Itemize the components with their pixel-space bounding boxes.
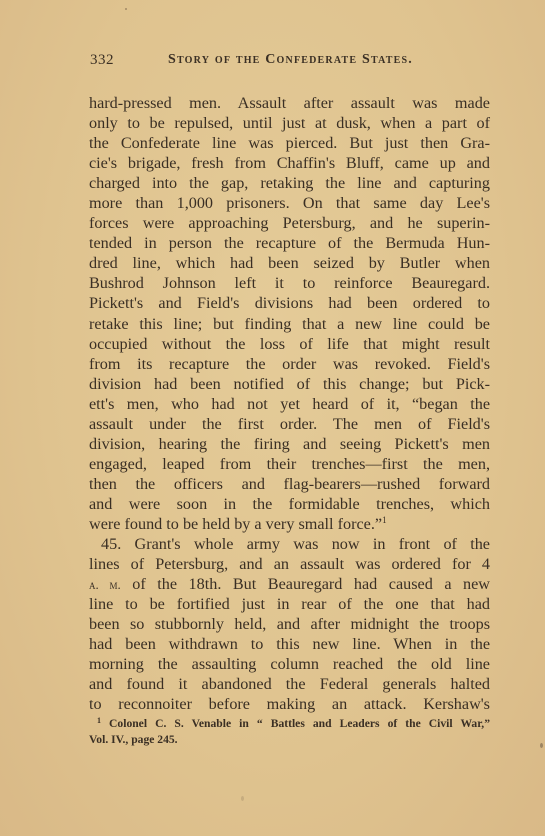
book-page: 332 Story of the Confederate States. har… <box>0 0 545 836</box>
text-line: from its recapture the order was revoked… <box>89 354 490 374</box>
text-line: division had been notified of this chang… <box>89 374 490 394</box>
text-line: had been withdrawn to this new line. Whe… <box>89 634 490 654</box>
text-line: line to be fortified just in rear of the… <box>89 594 490 614</box>
text-line: the Confederate line was pierced. But ju… <box>89 133 490 153</box>
text-line: been so stubbornly held, and after midni… <box>89 614 490 634</box>
text-line: only to be repulsed, until just at dusk,… <box>89 113 490 133</box>
page-number: 332 <box>90 52 114 69</box>
text-line: tended in person the recapture of the Be… <box>89 233 490 253</box>
text-line: cie's brigade, fresh from Chaffin's Bluf… <box>89 153 490 173</box>
paper-speck <box>125 8 127 10</box>
text-line: charged into the gap, retaking the line … <box>89 173 490 193</box>
paper-speck <box>540 743 543 748</box>
text-line-content: of the 18th. But Beauregard had caused a… <box>132 575 490 593</box>
body-text: hard-pressed men. Assault after assault … <box>89 93 490 714</box>
text-line-with-abbrev: a. m. of the 18th. But Beauregard had ca… <box>89 574 490 594</box>
footnote-line: Vol. IV., page 245. <box>89 732 490 748</box>
paragraph-start-line: 45. Grant's whole army was now in front … <box>89 534 490 554</box>
text-line: lines of Petersburg, and an assault was … <box>89 554 490 574</box>
text-line-content: were found to be held by a very small fo… <box>89 515 382 533</box>
footnote-reference[interactable]: 1 <box>382 515 387 525</box>
running-title: Story of the Confederate States. <box>168 52 413 68</box>
am-abbreviation: a. m. <box>89 577 121 592</box>
text-line: division, hearing the firing and seeing … <box>89 434 490 454</box>
text-line: Pickett's and Field's divisions had been… <box>89 293 490 313</box>
text-line: morning the assaulting column reached th… <box>89 654 490 674</box>
text-line: dred line, which had been seized by Butl… <box>89 253 490 273</box>
text-line: engaged, leaped from their trenches—firs… <box>89 454 490 474</box>
text-line: and were soon in the formidable trenches… <box>89 494 490 514</box>
footnotes: 1 Colonel C. S. Venable in “ Battles and… <box>89 716 490 747</box>
text-line: then the officers and flag-bearers—rushe… <box>89 474 490 494</box>
text-line: and found it abandoned the Federal gener… <box>89 674 490 694</box>
paper-speck <box>241 796 244 801</box>
text-line: hard-pressed men. Assault after assault … <box>89 93 490 113</box>
text-line: retake this line; but finding that a new… <box>89 314 490 334</box>
text-line-with-footnote: were found to be held by a very small fo… <box>89 514 490 534</box>
footnote-text: Colonel C. S. Venable in “ Battles and L… <box>109 717 490 730</box>
text-line: occupied without the loss of life that m… <box>89 334 490 354</box>
text-line: more than 1,000 prisoners. On that same … <box>89 193 490 213</box>
footnote-line: 1 Colonel C. S. Venable in “ Battles and… <box>89 716 490 732</box>
text-line: forces were approaching Petersburg, and … <box>89 213 490 233</box>
footnote-marker: 1 <box>97 716 101 725</box>
running-head: 332 Story of the Confederate States. <box>90 52 416 72</box>
text-line: assault under the first order. The men o… <box>89 414 490 434</box>
text-line: to reconnoiter before making an attack. … <box>89 694 490 714</box>
text-line: Bushrod Johnson left it to reinforce Bea… <box>89 273 490 293</box>
text-line: ett's men, who had not yet heard of it, … <box>89 394 490 414</box>
